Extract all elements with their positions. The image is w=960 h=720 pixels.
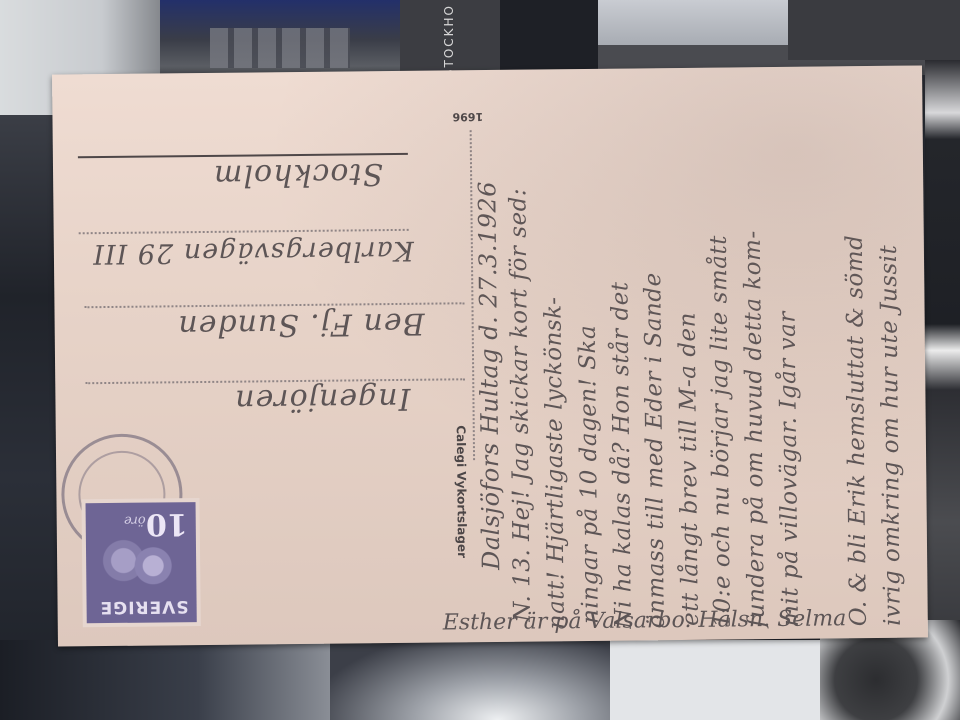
stamp-value: 10 — [146, 506, 188, 541]
postage-stamp: SVERIGE 10 öre — [81, 498, 200, 627]
background-dark-strip — [0, 115, 57, 720]
background-stockholm-card: STOCKHO — [400, 0, 500, 78]
address-city: Stockholm — [213, 156, 383, 193]
address-rule-2 — [79, 229, 409, 234]
message-line: ningar på 10 dagen! Ska — [575, 325, 604, 624]
publisher-label: Calegi Vykortslager — [454, 425, 469, 558]
address-title: Ingenjören — [234, 381, 411, 418]
building-facade — [210, 28, 350, 68]
card-number: 1696 — [452, 110, 483, 123]
background-top-right-photo — [788, 0, 960, 60]
background-bottom-light — [610, 640, 830, 720]
postcard: SVERIGE 10 öre Stockholm Karlbergsvägen … — [52, 65, 928, 646]
message-line: fundera på om huvud detta kom- — [740, 230, 770, 627]
stockholm-label: STOCKHO — [442, 4, 456, 77]
message-line: Ni ha kalas då? Hon står det — [607, 281, 637, 628]
message-line: ivrig omkring om hur ute Jussit — [876, 245, 906, 626]
background-dark-card — [500, 0, 600, 75]
message-line: önmass till med Eder i Sande — [640, 272, 670, 628]
lion-emblem-icon — [101, 535, 182, 591]
message-line: O. & bli Erik hemsluttat & sömd — [842, 235, 872, 627]
message-postscript: Esther är på Valsarbo. Hälsn. Selma — [443, 606, 847, 635]
background-bottom-dark — [0, 640, 330, 720]
message-line: N. 13. Hej! Jag skickar kort för sed: — [505, 188, 536, 622]
message-line: ett långt brev till M-a den — [675, 312, 704, 626]
message-line: 10:e och nu börjar jag lite smått — [706, 235, 736, 628]
background-bottom-glare — [330, 640, 610, 720]
background-grey-photo — [598, 0, 788, 45]
stamp-country: SVERIGE — [100, 596, 189, 617]
stamp-unit: öre — [124, 513, 146, 528]
message-line: natt! Hjärtligaste lyckönsk- — [540, 296, 569, 629]
message-header: Dalsjöfors Hultag d. 27.3.1926 — [473, 181, 505, 570]
stamp-face: SVERIGE 10 öre — [86, 502, 197, 623]
message-line: mit på villovägar. Igår var — [775, 311, 804, 627]
address-street: Karlbergsvägen 29 III — [92, 235, 414, 269]
address-name: Ben Fj. Sunden — [177, 306, 425, 344]
